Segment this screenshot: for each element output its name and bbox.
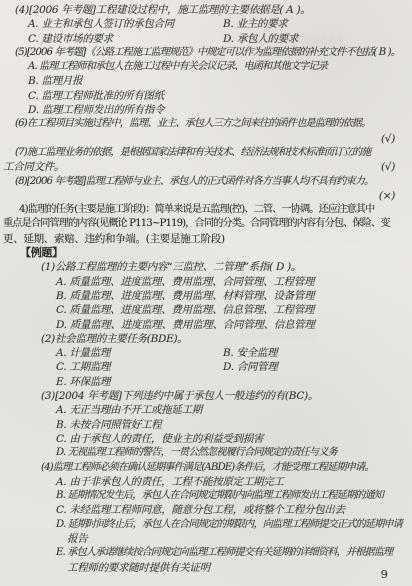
text-line: (7)施工监理业务的依据，是根据国家法律和有关技术、经济法规和技术标准而订立的施 xyxy=(3,146,407,160)
answer-mark: (×) xyxy=(3,189,407,203)
text-col-left: 工合同文件。 xyxy=(3,161,64,173)
text-line: (8)[2006 年考题]监理工程师与业主、承包人的正式函件对各方当事人均不具有… xyxy=(3,175,407,189)
answer-mark: 工合同文件。(√) xyxy=(3,160,407,174)
text-line: C. 监理工程师批准的所有图纸 xyxy=(3,89,407,103)
text-line: (4)[2006 年考题]工程建设过程中，施工监理的主要依据是( A )。 xyxy=(3,3,407,17)
text-line: A. 业主和承包人签订的承包合同B. 业主的要求 xyxy=(3,17,407,31)
text-line: D. 质量监理、进度监理、费用监理、合同管理、信息管理 xyxy=(3,318,407,332)
text-line: C. 由于承包人的责任，使业主的利益受到损害 xyxy=(3,432,407,446)
text-col-right: D. 承包人的要求 xyxy=(223,32,298,46)
text-line: 工程师的要求随时提供有关证明 xyxy=(3,561,407,575)
text-line: 重点是合同管理的内容(见概论 P113~P119)，合同的分类。合同管理的内容有… xyxy=(3,217,407,231)
text-line: A. 由于非承包人的责任，工程不能按原定工期完工 xyxy=(3,475,407,489)
text-line: D. 监理工程师发出的所有指令 xyxy=(3,103,407,117)
text-col-left: A. 计量监理 xyxy=(56,347,110,359)
text-line: 更、延期、索赔、违约和争端。(主要是施工阶段) xyxy=(3,232,407,246)
text-col-left: C. 建设市场的要求 xyxy=(28,33,113,45)
text-line: E. 环保监理 xyxy=(3,375,407,389)
text-col-right: B. 业主的要求 xyxy=(223,17,288,31)
text-line: E. 承包人承诺继续按合同规定向监理工程师提交有关延期的详细资料，并根据监理 xyxy=(3,546,407,560)
page-number: 9 xyxy=(381,567,388,581)
text-line: A. 无正当理由不开工或拖延工期 xyxy=(3,403,407,417)
answer-mark: (√) xyxy=(381,160,395,174)
text-line: B. 质量监理、进度监理、费用监理、材料管理、设备管理 xyxy=(3,289,407,303)
text-line: (3)[2004 年考题]下列违约中属于承包人一般违约的有(BC)。 xyxy=(3,389,407,403)
text-line: B. 监理月报 xyxy=(3,74,407,88)
text-line: (6)在工程项目实施过程中，监理、业主、承包人三方之间来往的函件也是监理的依据。 xyxy=(3,117,407,131)
text-line: (4)监理工程师必须在确认延期事件满足(ABDE)条件后，才能受理工程延期申请。 xyxy=(3,461,407,475)
text-line: A. 监理工程师和承包人在施工过程中有关会议记录、电函和其他文字记录 xyxy=(3,60,407,74)
text-line: (5)[2006 年考题]《公路工程施工监理规范》中规定可以作为监理依据的补充文… xyxy=(3,46,407,60)
text-line: D. 无视监理工程师的警告，一贯公然忽视履行合同规定的责任与义务 xyxy=(3,446,407,460)
text-col-left: C. 工期监理 xyxy=(56,361,110,373)
text-line: B. 未按合同照管好工程 xyxy=(3,418,407,432)
text-line: C. 工期监理D. 合同管理 xyxy=(3,360,407,374)
answer-mark: (√) xyxy=(3,132,407,146)
text-line: 4)监理的任务(主要是施工阶段)：简单来说是五监理(控)、二管、一协调。还应注意… xyxy=(3,203,407,217)
text-line: 报告 xyxy=(3,532,407,546)
text-line: C. 建设市场的要求D. 承包人的要求 xyxy=(3,32,407,46)
text-line: A. 质量监理、进度监理、费用监理、合同管理、工程管理 xyxy=(3,275,407,289)
text-col-right: B. 安全监理 xyxy=(223,346,277,360)
text-col-left: A. 业主和承包人签订的承包合同 xyxy=(28,18,174,30)
text-line: B. 延期情况发生后，承包人在合同规定期限内向监理工程师发出工程延期的通知 xyxy=(3,489,407,503)
text-line: 【例题】 xyxy=(3,246,407,260)
question-text-block: (4)[2006 年考题]工程建设过程中，施工监理的主要依据是( A )。A. … xyxy=(3,3,407,575)
text-line: (2)社会监理的主要任务(BDE)。 xyxy=(3,332,407,346)
text-line: C. 质量监理、进度监理、费用监理、信息管理、工程管理 xyxy=(3,303,407,317)
scanned-book-page: ░░░░░░░░░░░ ░░░░░░░░░ (4)[2006 年考题]工程建设过… xyxy=(0,0,412,586)
text-line: A. 计量监理B. 安全监理 xyxy=(3,346,407,360)
text-line: (1)公路工程监理的主要内容“三监控、二管理”系指( D )。 xyxy=(3,260,407,274)
text-line: D. 延期时间终止后，承包人在合同规定的期限内，向监理工程师提交正式的延期申请 xyxy=(3,518,407,532)
text-line: C. 未经监理工程师同意，随意分包工程，或将整个工程分包出去 xyxy=(3,503,407,517)
text-col-right: D. 合同管理 xyxy=(223,360,278,374)
